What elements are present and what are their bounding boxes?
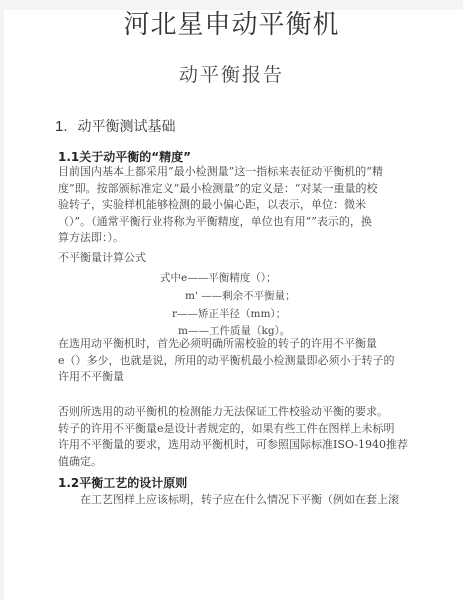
document-page <box>4 10 463 600</box>
paragraph-line: 验转子，实验样机能够检测的最小偏心距，以表示，单位：微米 <box>58 197 418 214</box>
paragraph-line: 度”即。按部颁标准定义“最小检测量”的定义是：“对某一重量的校 <box>58 181 418 198</box>
paragraph-line: （）”。（通常平衡行业将称为平衡精度，单位也有用“”表示的，换 <box>58 214 418 231</box>
section-1-number: 1. <box>55 118 68 135</box>
section-1-1-heading: 1.1关于动平衡的“精度” <box>58 148 191 165</box>
section-1-2-paragraph: 在工艺图样上应该标明，转子应在什么情况下平衡（例如在套上滚 <box>80 492 440 509</box>
paragraph-line: 值确定。 <box>58 454 418 471</box>
paragraph-line: 许用不平衡量的要求，选用动平衡机时，可参照国际标准ISO-1940推荐 <box>58 437 418 454</box>
formula-heading: 不平衡量计算公式 <box>58 250 418 267</box>
section-1-1-paragraph-3: 否则所选用的动平衡机的检测能力无法保证工件校验动平衡的要求。 转子的许用不平衡量… <box>58 404 418 470</box>
paragraph-line: 在工艺图样上应该标明，转子应在什么情况下平衡（例如在套上滚 <box>80 492 440 509</box>
page-header-title: 河北星申动平衡机 <box>0 4 463 41</box>
paragraph-line: e（）多少，也就是说，所用的动平衡机最小检测量即必须小于转子的 <box>58 353 418 370</box>
document-title: 动平衡报告 <box>0 60 463 87</box>
formula-line-r: r——矫正半径（mm）； <box>172 306 286 321</box>
section-1-2-heading: 1.2平衡工艺的设计原则 <box>58 474 187 491</box>
paragraph-line: 许用不平衡量 <box>58 369 418 386</box>
paragraph-line: 在选用动平衡机时，首先必须明确所需校验的转子的许用不平衡量 <box>58 336 418 353</box>
formula-line-e: 式中e——平衡精度（）； <box>160 270 276 285</box>
paragraph-line: 否则所选用的动平衡机的检测能力无法保证工件校验动平衡的要求。 <box>58 404 418 421</box>
paragraph-line: 算方法即：）。 <box>58 230 418 247</box>
paragraph-line: 目前国内基本上都采用“最小检测量”这一指标来表征动平衡机的“精 <box>58 164 418 181</box>
paragraph-line: 转子的许用不平衡量e是设计者规定的，如果有些工件在图样上未标明 <box>58 421 418 438</box>
section-1-1-paragraph: 目前国内基本上都采用“最小检测量”这一指标来表征动平衡机的“精 度”即。按部颁标… <box>58 164 418 247</box>
section-1-heading: 1.动平衡测试基础 <box>55 116 176 136</box>
formula-line-m-prime: m' ——剩余不平衡量； <box>185 288 296 303</box>
section-1-1-paragraph-2: 在选用动平衡机时，首先必须明确所需校验的转子的许用不平衡量 e（）多少，也就是说… <box>58 336 418 386</box>
section-1-title: 动平衡测试基础 <box>78 119 176 135</box>
